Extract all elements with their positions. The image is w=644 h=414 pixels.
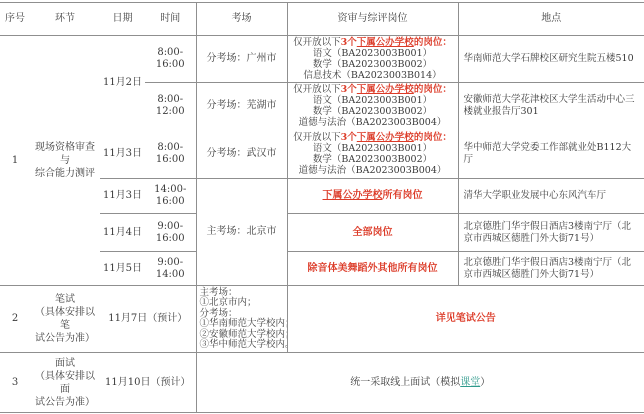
positions-note-suffix: 的岗位： [414,132,452,143]
position-item: 数学（BA2023003B002） [290,154,456,165]
schedule-page: 序号 环节 日期 时间 考场 资审与综评岗位 地点 1 现场资格审查与 综合能力… [0,0,644,414]
date-cell: 11月2日 [100,36,145,130]
written-test-notice-cell: 详见笔试公告 [287,286,644,353]
header-col-venue: 考场 [196,3,287,36]
position-item: 信息技术（BA2023003B014） [290,70,456,81]
subordinate-schools-link[interactable]: 下属公办学校 [357,132,414,143]
location-cell: 安徽师范大学花津校区大学生活动中心三楼就业报告厅301 [458,83,644,130]
stage-line: （具体安排以面 [32,370,98,396]
table-header-row: 序号 环节 日期 时间 考场 资审与综评岗位 地点 [0,3,644,36]
positions-cell: 全部岗位 [287,214,458,252]
venue-list-cell: 主考场： ①北京市内； 分考场： ①华南师范大学校内； ②安徽师范大学校内； ③… [196,286,287,353]
stage-line: 试公告为准） [32,332,98,345]
positions-cell: 仅开放以下3个下属公办学校的岗位： 语文（BA2023003B001） 数学（B… [287,36,458,83]
position-item: 数学（BA2023003B002） [290,106,456,117]
positions-text: 除音体美舞蹈外其他所有岗位 [308,263,438,274]
position-item: 道德与法治（BA2023003B004） [290,117,456,128]
time-cell: 8:00-16:00 [145,130,196,179]
positions-cell: 下属公办学校所有岗位 [287,179,458,214]
venue-cell: 分考场：广州市 [196,36,287,83]
time-cell: 8:00-16:00 [145,36,196,83]
time-cell: 9:00-16:00 [145,214,196,252]
stage-cell-interview: 面试 （具体安排以面 试公告为准） [30,353,100,413]
header-col-date: 日期 [100,3,145,36]
positions-note: 仅开放以下3个下属公办学校的岗位： [290,132,456,143]
interview-mode-suffix: ） [480,377,490,388]
positions-cell: 除音体美舞蹈外其他所有岗位 [287,252,458,286]
seq-cell-3: 3 [0,353,30,413]
positions-note: 仅开放以下3个下属公办学校的岗位： [290,37,456,48]
location-cell: 北京德胜门华宇假日酒店3楼南宁厅（北京市西城区德胜门外大街71号） [458,252,644,286]
subordinate-schools-link[interactable]: 下属公办学校 [323,190,383,201]
positions-note-prefix: 仅开放以下 [293,84,341,95]
interview-mode-text: 统一采取线上面试（模拟 [350,377,460,388]
venue-list-line: ①华南师范大学校内； [200,319,284,330]
interview-mode-cell: 统一采取线上面试（模拟课堂） [196,353,644,413]
venue-list-line: ①北京市内； [200,298,284,309]
date-cell: 11月3日 [100,130,145,179]
date-cell: 11月5日 [100,252,145,286]
date-cell: 11月3日 [100,179,145,214]
header-col-time: 时间 [145,3,196,36]
header-col-stage: 环节 [30,3,100,36]
positions-note: 仅开放以下3个下属公办学校的岗位： [290,84,456,95]
positions-note-suffix: 的岗位： [414,84,452,95]
stage-line: 笔试 [32,293,98,306]
venue-cell-main-beijing: 主考场：北京市 [196,179,287,286]
position-item: 语文（BA2023003B001） [290,48,456,59]
positions-cell: 仅开放以下3个下属公办学校的岗位： 语文（BA2023003B001） 数学（B… [287,130,458,179]
positions-cell: 仅开放以下3个下属公办学校的岗位： 语文（BA2023003B001） 数学（B… [287,83,458,130]
position-item: 道德与法治（BA2023003B004） [290,165,456,176]
venue-list-line: ③华中师范大学校内。 [200,340,284,351]
header-col-location: 地点 [458,3,644,36]
subordinate-schools-link[interactable]: 下属公办学校 [357,37,414,48]
positions-note-count: 3个 [341,37,357,48]
time-cell: 9:00-14:00 [145,252,196,286]
row-guangzhou: 1 现场资格审查与 综合能力测评 11月2日 8:00-16:00 分考场：广州… [0,36,644,83]
location-cell: 华中师范大学党委工作部就业处B112大厅 [458,130,644,179]
written-test-notice: 详见笔试公告 [436,313,496,324]
date-cell: 11月7日（预计） [100,286,196,353]
positions-note-suffix: 的岗位： [414,37,452,48]
positions-note-count: 3个 [341,132,357,143]
stage-line: 面试 [32,357,98,370]
row-interview: 3 面试 （具体安排以面 试公告为准） 11月10日（预计） 统一采取线上面试（… [0,353,644,413]
time-cell: 14:00-16:00 [145,179,196,214]
date-cell: 11月10日（预计） [100,353,196,413]
date-cell: 11月4日 [100,214,145,252]
seq-cell-1: 1 [0,36,30,286]
positions-text: 全部岗位 [353,227,393,238]
subordinate-schools-link[interactable]: 下属公办学校 [357,84,414,95]
seq-cell-2: 2 [0,286,30,353]
position-item: 语文（BA2023003B001） [290,143,456,154]
positions-note-count: 3个 [341,84,357,95]
location-cell: 北京德胜门华宇假日酒店3楼南宁厅（北京市西城区德胜门外大街71号） [458,214,644,252]
mock-classroom-link[interactable]: 课堂 [460,377,480,388]
location-cell: 华南师范大学石牌校区研究生院五楼510 [458,36,644,83]
positions-note-prefix: 仅开放以下 [293,132,341,143]
stage-line: 现场资格审查与 [32,141,98,167]
stage-cell-written-test: 笔试 （具体安排以笔 试公告为准） [30,286,100,353]
header-col-number: 序号 [0,3,30,36]
position-item: 语文（BA2023003B001） [290,95,456,106]
schedule-table: 序号 环节 日期 时间 考场 资审与综评岗位 地点 1 现场资格审查与 综合能力… [0,2,644,413]
venue-cell: 分考场：武汉市 [196,130,287,179]
stage-line: 试公告为准） [32,396,98,409]
stage-line: （具体安排以笔 [32,306,98,332]
time-cell: 8:00-12:00 [145,83,196,130]
positions-note-prefix: 仅开放以下 [293,37,341,48]
venue-cell: 分考场：芜湖市 [196,83,287,130]
stage-line: 综合能力测评 [32,167,98,180]
location-cell: 清华大学职业发展中心东风汽车厅 [458,179,644,214]
stage-cell-onsite-review: 现场资格审查与 综合能力测评 [30,36,100,286]
row-written-test: 2 笔试 （具体安排以笔 试公告为准） 11月7日（预计） 主考场： ①北京市内… [0,286,644,353]
header-col-positions: 资审与综评岗位 [287,3,458,36]
positions-text: 所有岗位 [383,190,423,201]
position-item: 数学（BA2023003B002） [290,59,456,70]
